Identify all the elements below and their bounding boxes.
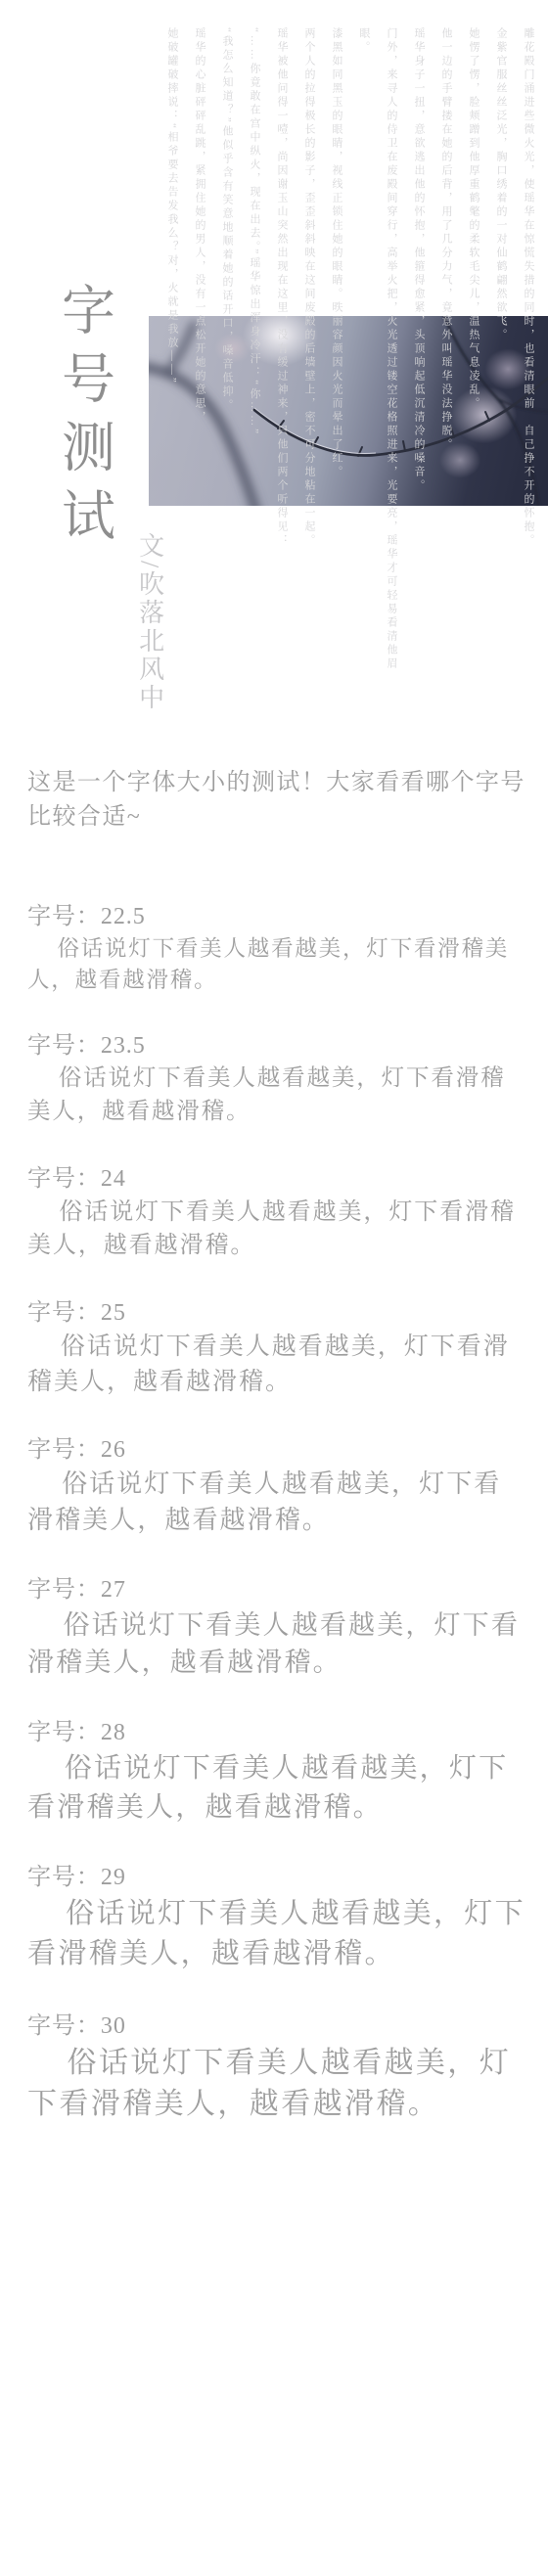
main-content: 这是一个字体大小的测试！大家看看哪个字号比较合适~ 字号：22.5 俗话说灯下看…: [27, 766, 526, 2126]
story-column: 金紫官服丝丝泛光，胸口绣着的一对仙鹤翩然欲飞。: [487, 27, 515, 671]
size-section-28: 字号：28 俗话说灯下看美人越看越美，灯下看滑稽美人，越看越滑稽。: [27, 1717, 526, 1828]
size-section-30: 字号：30 俗话说灯下看美人越看越美，灯下看滑稽美人，越看越滑稽。: [27, 2011, 526, 2126]
background-story-text: 雕花殿门涌进些微火光，使瑶华在惊慌失措的同时，也看清眼前 自己挣不开的怀抱。 金…: [159, 27, 542, 671]
size-sample: 俗话说灯下看美人越看越美，灯下看滑稽美人，越看越滑稽。: [27, 1606, 526, 1682]
story-column: 漆黑如同黑玉的眼睛，视线正锁住她的眼睛。昳丽容颜因火光而晕出了红。: [323, 27, 350, 671]
story-column: 他一边的手臂搂在她的后背，用了几分力气，竟意外叫瑶华没法挣脱。: [433, 27, 460, 671]
size-label: 字号：29: [27, 1862, 526, 1894]
size-sample: 俗话说灯下看美人越看越美，灯下看滑稽美人，越看越滑稽。: [27, 1467, 526, 1539]
size-label: 字号：22.5: [27, 901, 526, 933]
size-section-29: 字号：29 俗话说灯下看美人越看越美，灯下看滑稽美人，越看越滑稽。: [27, 1862, 526, 1974]
story-column: 瑶华身子一扭，意欲逃出他的怀抱，他箍得愈紧，头顶响起低沉清冷的嗓音。: [405, 27, 433, 671]
story-column: 瑶华被他问得一噎，尚因谢玉山突然出现在这里，没有缓过神来，只他们两个听得见：: [268, 27, 296, 671]
page-title: 字号测试: [57, 282, 111, 556]
size-label: 字号：27: [27, 1574, 526, 1606]
story-column: 门外，来寻人的侍卫在废殿间穿行，高举火把，火光透过镂空花格照进来，光要亮，瑶华才…: [350, 27, 405, 671]
size-label: 字号：30: [27, 2011, 526, 2043]
size-section-22-5: 字号：22.5 俗话说灯下看美人越看越美，灯下看滑稽美人，越看越滑稽。: [27, 901, 526, 996]
story-column: 她愣了愣，脸颊蹭到他厚重鹤氅的柔软毛尖儿，温热气息凌乱。: [460, 27, 487, 671]
size-label: 字号：24: [27, 1163, 526, 1196]
size-label: 字号：28: [27, 1717, 526, 1749]
size-label: 字号：25: [27, 1297, 526, 1330]
size-sample: 俗话说灯下看美人越看越美，灯下看滑稽美人，越看越滑稽。: [27, 1062, 526, 1128]
size-label: 字号：23.5: [27, 1030, 526, 1062]
size-section-23-5: 字号：23.5 俗话说灯下看美人越看越美，灯下看滑稽美人，越看越滑稽。: [27, 1030, 526, 1128]
size-sample: 俗话说灯下看美人越看越美，灯下看滑稽美人，越看越滑稽。: [27, 1749, 526, 1828]
size-sample: 俗话说灯下看美人越看越美，灯下看滑稽美人，越看越滑稽。: [27, 1330, 526, 1399]
size-label: 字号：26: [27, 1434, 526, 1467]
size-section-24: 字号：24 俗话说灯下看美人越看越美，灯下看滑稽美人，越看越滑稽。: [27, 1163, 526, 1262]
size-sample: 俗话说灯下看美人越看越美，灯下看滑稽美人，越看越滑稽。: [27, 2043, 526, 2126]
page-root: 雕花殿门涌进些微火光，使瑶华在惊慌失措的同时，也看清眼前 自己挣不开的怀抱。 金…: [0, 0, 548, 2576]
story-column: “……你竟敢在宫中纵火，现在出去。”瑶华惊出浑身冷汗：“你……”: [241, 27, 268, 671]
story-column: “我怎么知道？”他似乎含有笑意地顺着她的话开口，嗓音低抑。: [213, 27, 241, 671]
intro-paragraph: 这是一个字体大小的测试！大家看看哪个字号比较合适~: [27, 766, 526, 835]
story-column: 雕花殿门涌进些微火光，使瑶华在惊慌失措的同时，也看清眼前 自己挣不开的怀抱。: [515, 27, 542, 671]
story-column: 两个人的拉得极长的影子，歪歪斜斜映在这间废殿的后墙壁上，密不可分地粘在一起。: [296, 27, 323, 671]
size-section-26: 字号：26 俗话说灯下看美人越看越美，灯下看滑稽美人，越看越滑稽。: [27, 1434, 526, 1539]
size-sample: 俗话说灯下看美人越看越美，灯下看滑稽美人，越看越滑稽。: [27, 933, 526, 996]
size-section-27: 字号：27 俗话说灯下看美人越看越美，灯下看滑稽美人，越看越滑稽。: [27, 1574, 526, 1682]
byline: 文/吹落北风中: [135, 532, 163, 712]
size-sample: 俗话说灯下看美人越看越美，灯下看滑稽美人，越看越滑稽。: [27, 1894, 526, 1974]
size-section-25: 字号：25 俗话说灯下看美人越看越美，灯下看滑稽美人，越看越滑稽。: [27, 1297, 526, 1399]
story-column: 瑶华的心脏砰砰乱跳，紧拥住她的男人，没有一点松开她的意思，: [186, 27, 213, 671]
size-sample: 俗话说灯下看美人越看越美，灯下看滑稽美人，越看越滑稽。: [27, 1196, 526, 1262]
